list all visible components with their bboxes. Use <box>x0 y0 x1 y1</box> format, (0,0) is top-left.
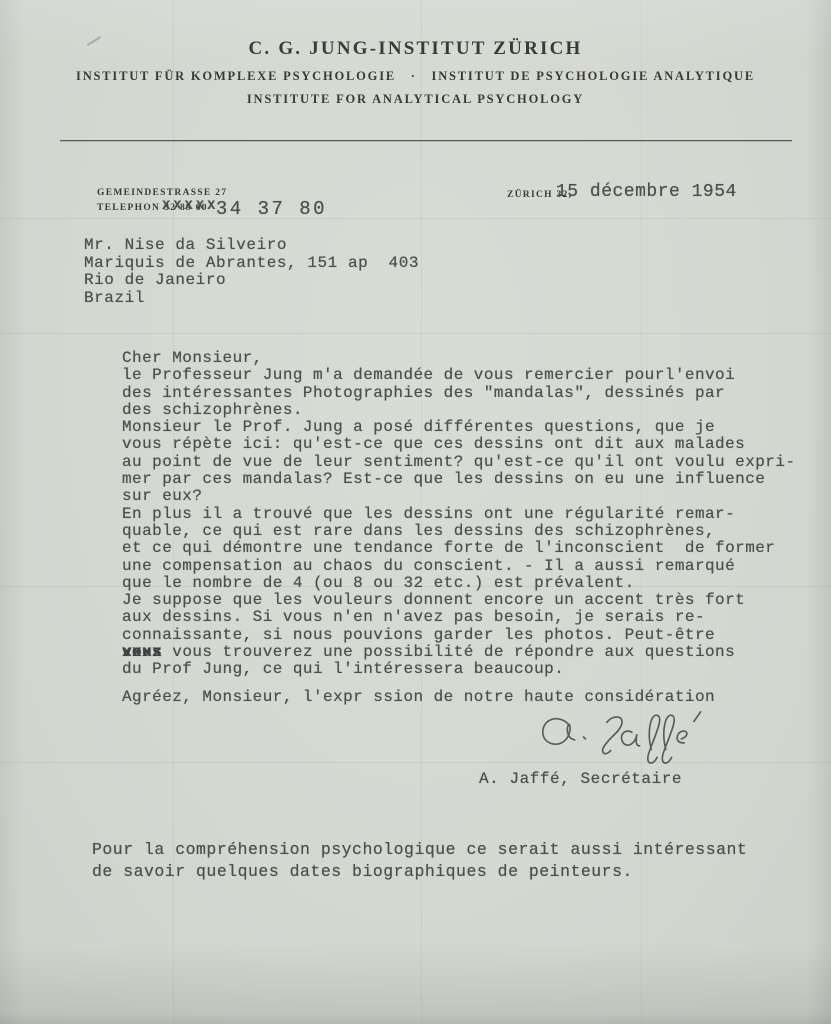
recipient-line: Mr. Nise da Silveiro <box>84 237 419 255</box>
body-line: au point de vue de leur sentiment? qu'es… <box>122 454 795 471</box>
recipient-line: Rio de Janeiro <box>84 272 419 290</box>
letter-body: Cher Monsieur,le Professeur Jung m'a dem… <box>122 350 795 679</box>
closing-line: Agréez, Monsieur, l'expr ssion de notre … <box>122 688 715 706</box>
recipient-line: Brazil <box>84 290 419 308</box>
letterhead-rule <box>60 140 792 141</box>
letterhead-title: C. G. JUNG-INSTITUT ZÜRICH <box>0 38 831 60</box>
body-line: des intéressantes Photographies des "man… <box>122 385 795 402</box>
body-line: En plus il a trouvé que les dessins ont … <box>122 506 795 523</box>
overstruck-word: vousxxxx <box>122 644 162 661</box>
postscript-line: de savoir quelques dates biographiques d… <box>92 861 747 883</box>
body-line: et ce qui démontre une tendance forte de… <box>122 540 795 557</box>
postscript-line: Pour la compréhension psychologique ce s… <box>92 839 747 861</box>
body-line: Cher Monsieur, <box>122 350 795 367</box>
body-line: Monsieur le Prof. Jung a posé différente… <box>122 419 795 436</box>
recipient-address: Mr. Nise da SilveiroMariquis de Abrantes… <box>84 237 419 307</box>
date: 15 décembre 1954 <box>556 182 737 202</box>
body-line: le Professeur Jung m'a demandée de vous … <box>122 367 795 384</box>
postscript: Pour la compréhension psychologique ce s… <box>92 839 747 884</box>
paper-crease <box>0 333 831 334</box>
phone-old-number: 32 89 60XXXXX <box>164 201 208 216</box>
signature-icon <box>531 707 729 767</box>
body-line: sur eux? <box>122 488 795 505</box>
body-line: connaissante, si nous pouvions garder le… <box>122 627 795 644</box>
body-line: vousxxxx vous trouverez une possibilité … <box>122 644 795 661</box>
letterhead-subtitle: INSTITUT FÜR KOMPLEXE PSYCHOLOGIE · INST… <box>0 69 831 84</box>
body-line: vous répète ici: qu'est-ce que ces dessi… <box>122 436 795 453</box>
recipient-line: Mariquis de Abrantes, 151 ap 403 <box>84 255 419 273</box>
body-line: Je suppose que les vouleurs donnent enco… <box>122 592 795 609</box>
phone-label: TELEPHON <box>97 203 160 213</box>
body-line: du Prof Jung, ce qui l'intéressera beauc… <box>122 661 795 678</box>
body-line: quable, ce qui est rare dans les dessins… <box>122 523 795 540</box>
phone-new-number: 34 37 80 <box>216 198 327 220</box>
typed-signature: A. Jaffé, Secrétaire <box>479 770 682 788</box>
handwritten-signature <box>531 707 729 767</box>
paper-crease <box>0 218 831 219</box>
body-line: mer par ces mandalas? Est-ce que les des… <box>122 471 795 488</box>
letterhead-subtitle-english: INSTITUTE FOR ANALYTICAL PSYCHOLOGY <box>0 92 831 107</box>
body-line: aux dessins. Si vous n'en n'avez pas bes… <box>122 609 795 626</box>
body-line: une compensation au chaos du conscient. … <box>122 558 795 575</box>
scanned-letter-page: C. G. JUNG-INSTITUT ZÜRICH INSTITUT FÜR … <box>0 0 831 1024</box>
phone-overstrike: XXXXX <box>162 198 219 213</box>
body-line: que le nombre de 4 (ou 8 ou 32 etc.) est… <box>122 575 795 592</box>
body-line: des schizophrènes. <box>122 402 795 419</box>
letterhead-contact-block: GEMEINDESTRASSE 27 TELEPHON32 89 60XXXXX… <box>97 186 327 217</box>
phone-row: TELEPHON32 89 60XXXXX34 37 80 <box>97 201 327 217</box>
